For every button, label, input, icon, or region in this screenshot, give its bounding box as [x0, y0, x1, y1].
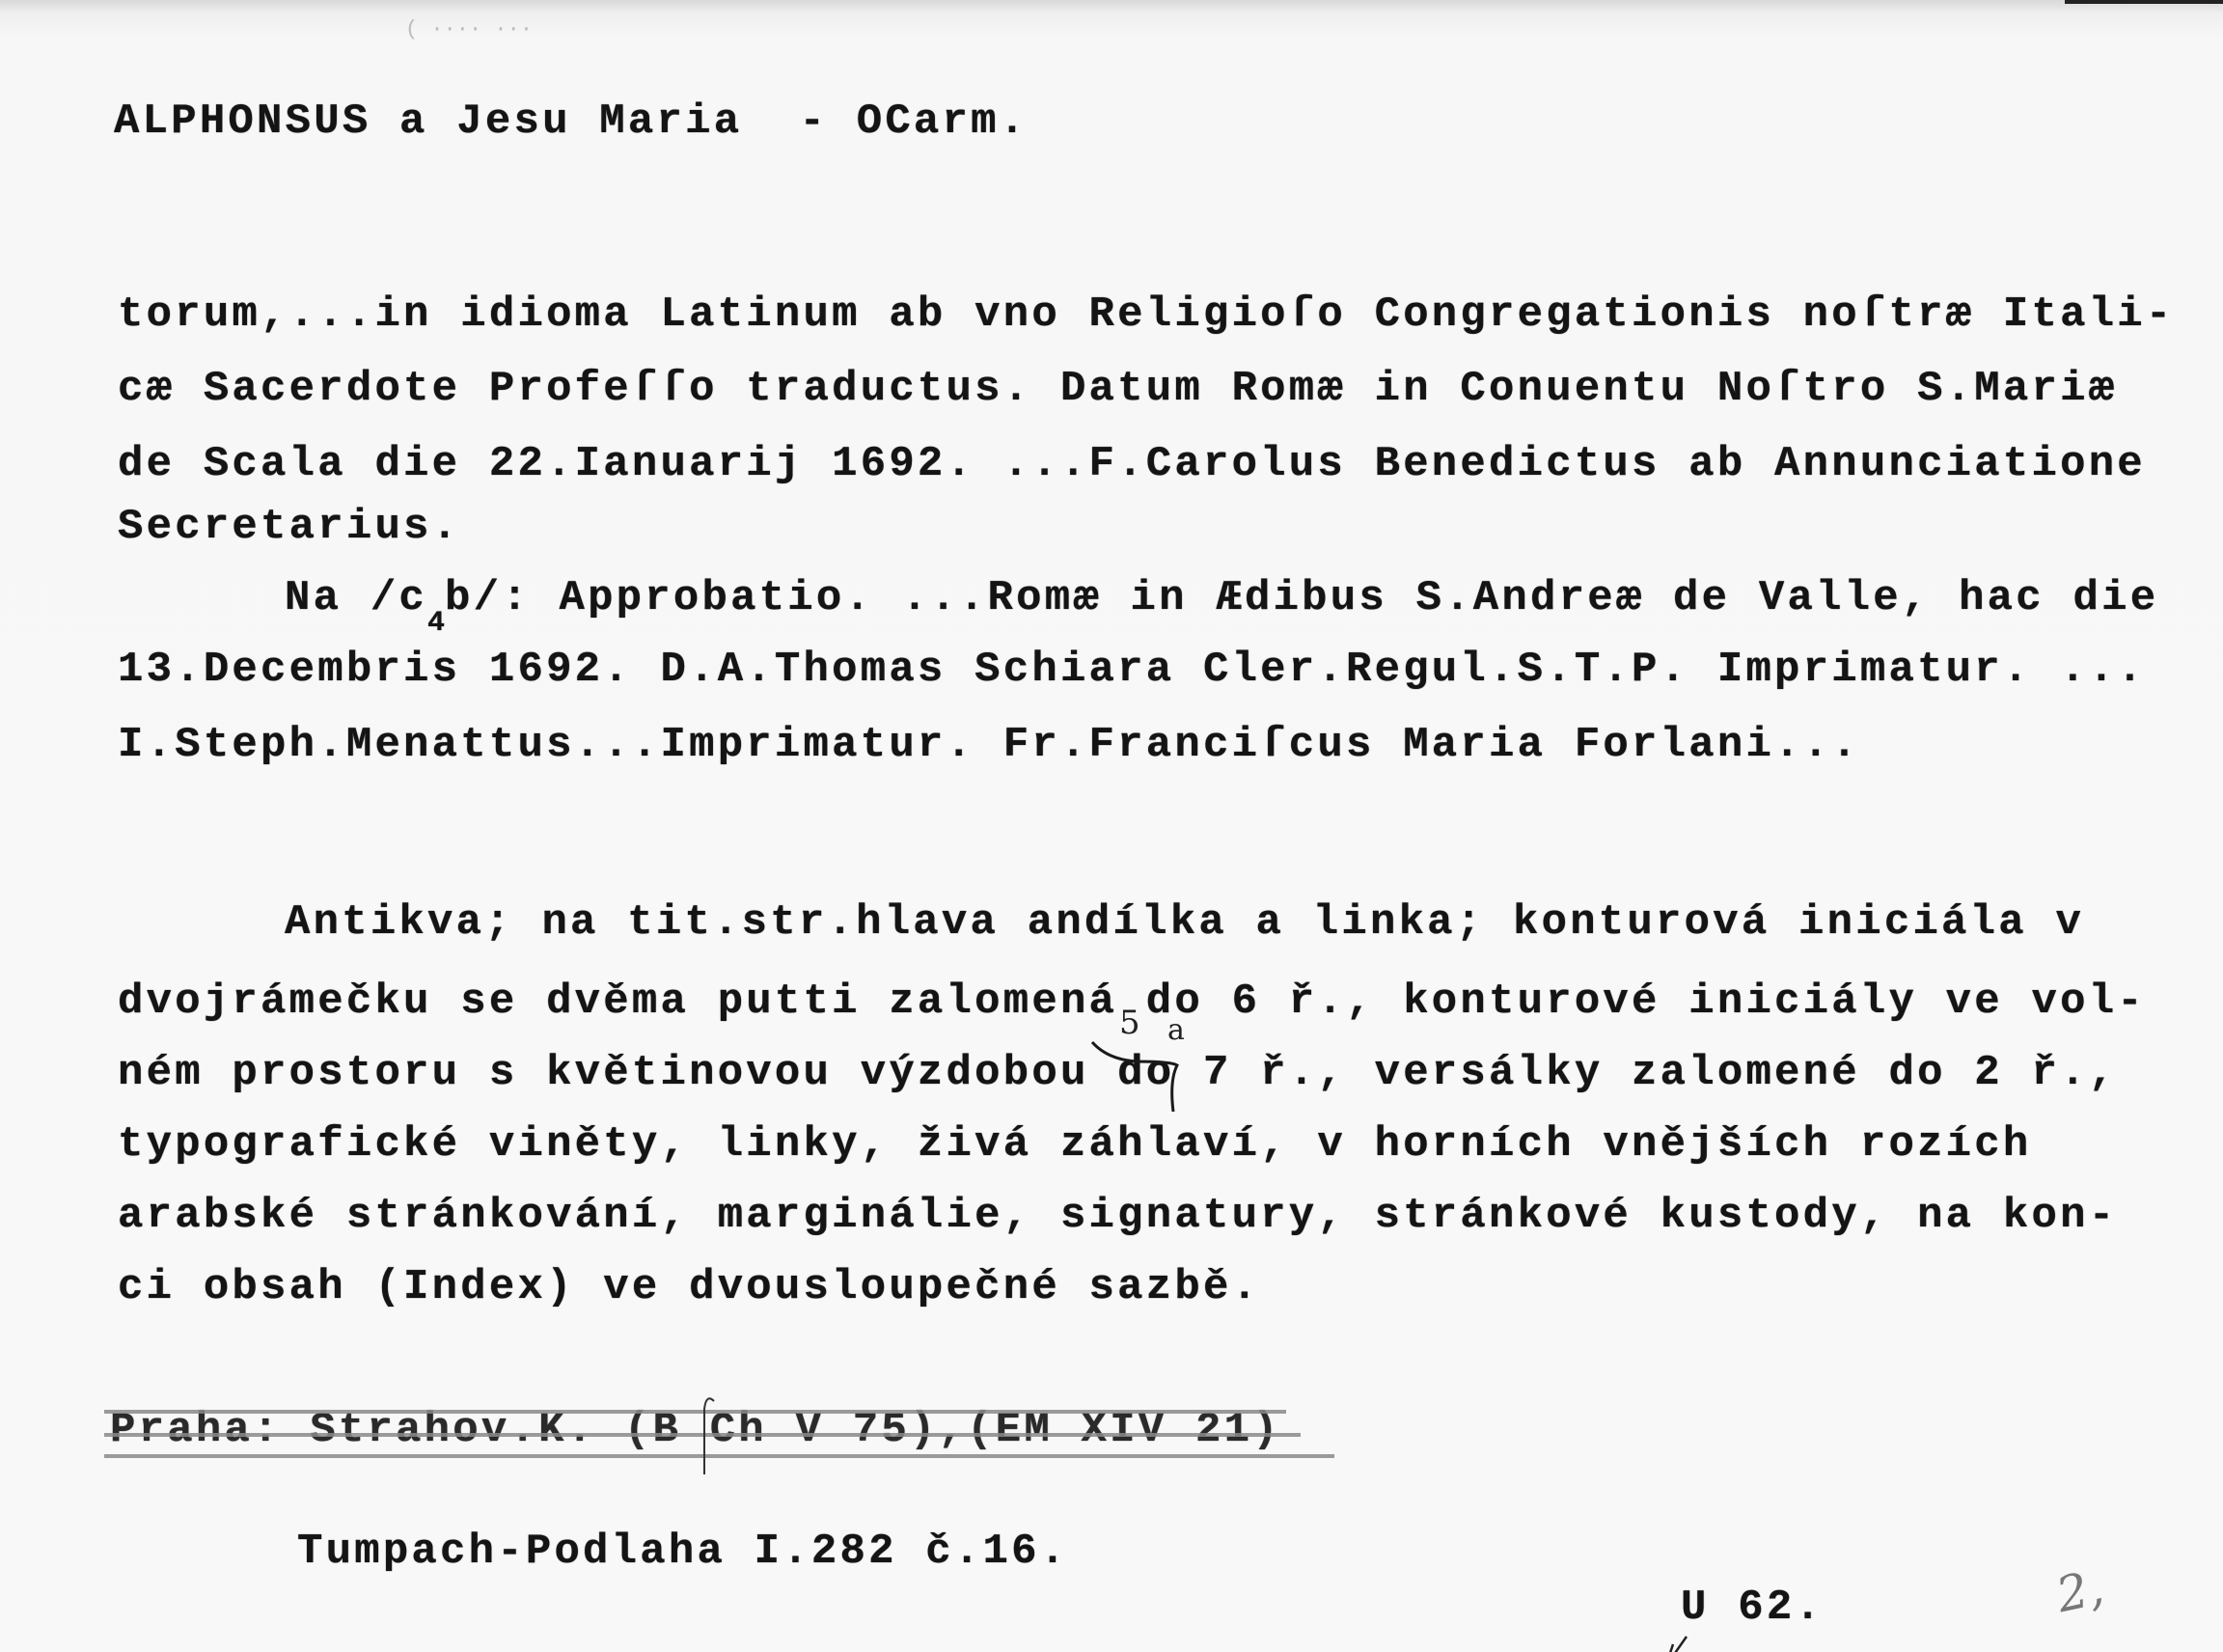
- faint-bleedthrough: ( ···· ···: [405, 17, 533, 41]
- approbatio-text: b/: Approbatio. ...Romæ in Ædibus S.Andr…: [445, 574, 2158, 622]
- transcription-line: torum,...in idioma Latinum ab vno Religi…: [118, 289, 2175, 340]
- transcription-line: Secretarius.: [118, 502, 460, 552]
- description-line: Antikva; na tit.str.hlava andílka a link…: [285, 897, 2084, 948]
- signature-subscript: 4: [427, 607, 445, 640]
- approbatio-first-line: Na /c4b/: Approbatio. ...Romæ in Ædibus …: [285, 573, 2158, 627]
- shelfmark: U 62.: [1681, 1583, 1824, 1633]
- description-line: typografické viněty, linky, živá záhlaví…: [118, 1119, 2032, 1170]
- bibliography-reference: Tumpach-Podlaha I.282 č.16.: [297, 1527, 1068, 1577]
- handwritten-insertion-mark-icon: [1088, 1032, 1194, 1114]
- approbatio-prefix: Na /c: [285, 574, 427, 622]
- catalog-card: ( ···· ··· ALPHONSUS a Jesu Maria - OCar…: [0, 0, 2223, 1652]
- pencil-divider-mark-icon: [700, 1390, 729, 1476]
- approbatio-line: I.Steph.Menattus...Imprimatur. Fr.Franci…: [118, 720, 1860, 770]
- transcription-line: de Scala die 22.Ianuarij 1692. ...F.Caro…: [118, 439, 2146, 489]
- strike-line: [104, 1410, 1286, 1414]
- struck-out-location: Praha: Strahov.K. (B Ch V 75),(EM XIV 21…: [104, 1401, 1334, 1465]
- card-heading: ALPHONSUS a Jesu Maria - OCarm.: [114, 96, 1028, 147]
- pencil-card-number: 2,: [2051, 1559, 2108, 1624]
- card-top-edge: [2065, 0, 2223, 4]
- description-line: arabské stránkování, marginálie, signatu…: [118, 1191, 2117, 1241]
- approbatio-line: 13.Decembris 1692. D.A.Thomas Schiara Cl…: [118, 645, 2146, 695]
- description-line: ci obsah (Index) ve dvousloupečné sazbě.: [118, 1262, 1260, 1312]
- transcription-line: cæ Sacerdote Profeſſo traductus. Datum R…: [118, 364, 2117, 414]
